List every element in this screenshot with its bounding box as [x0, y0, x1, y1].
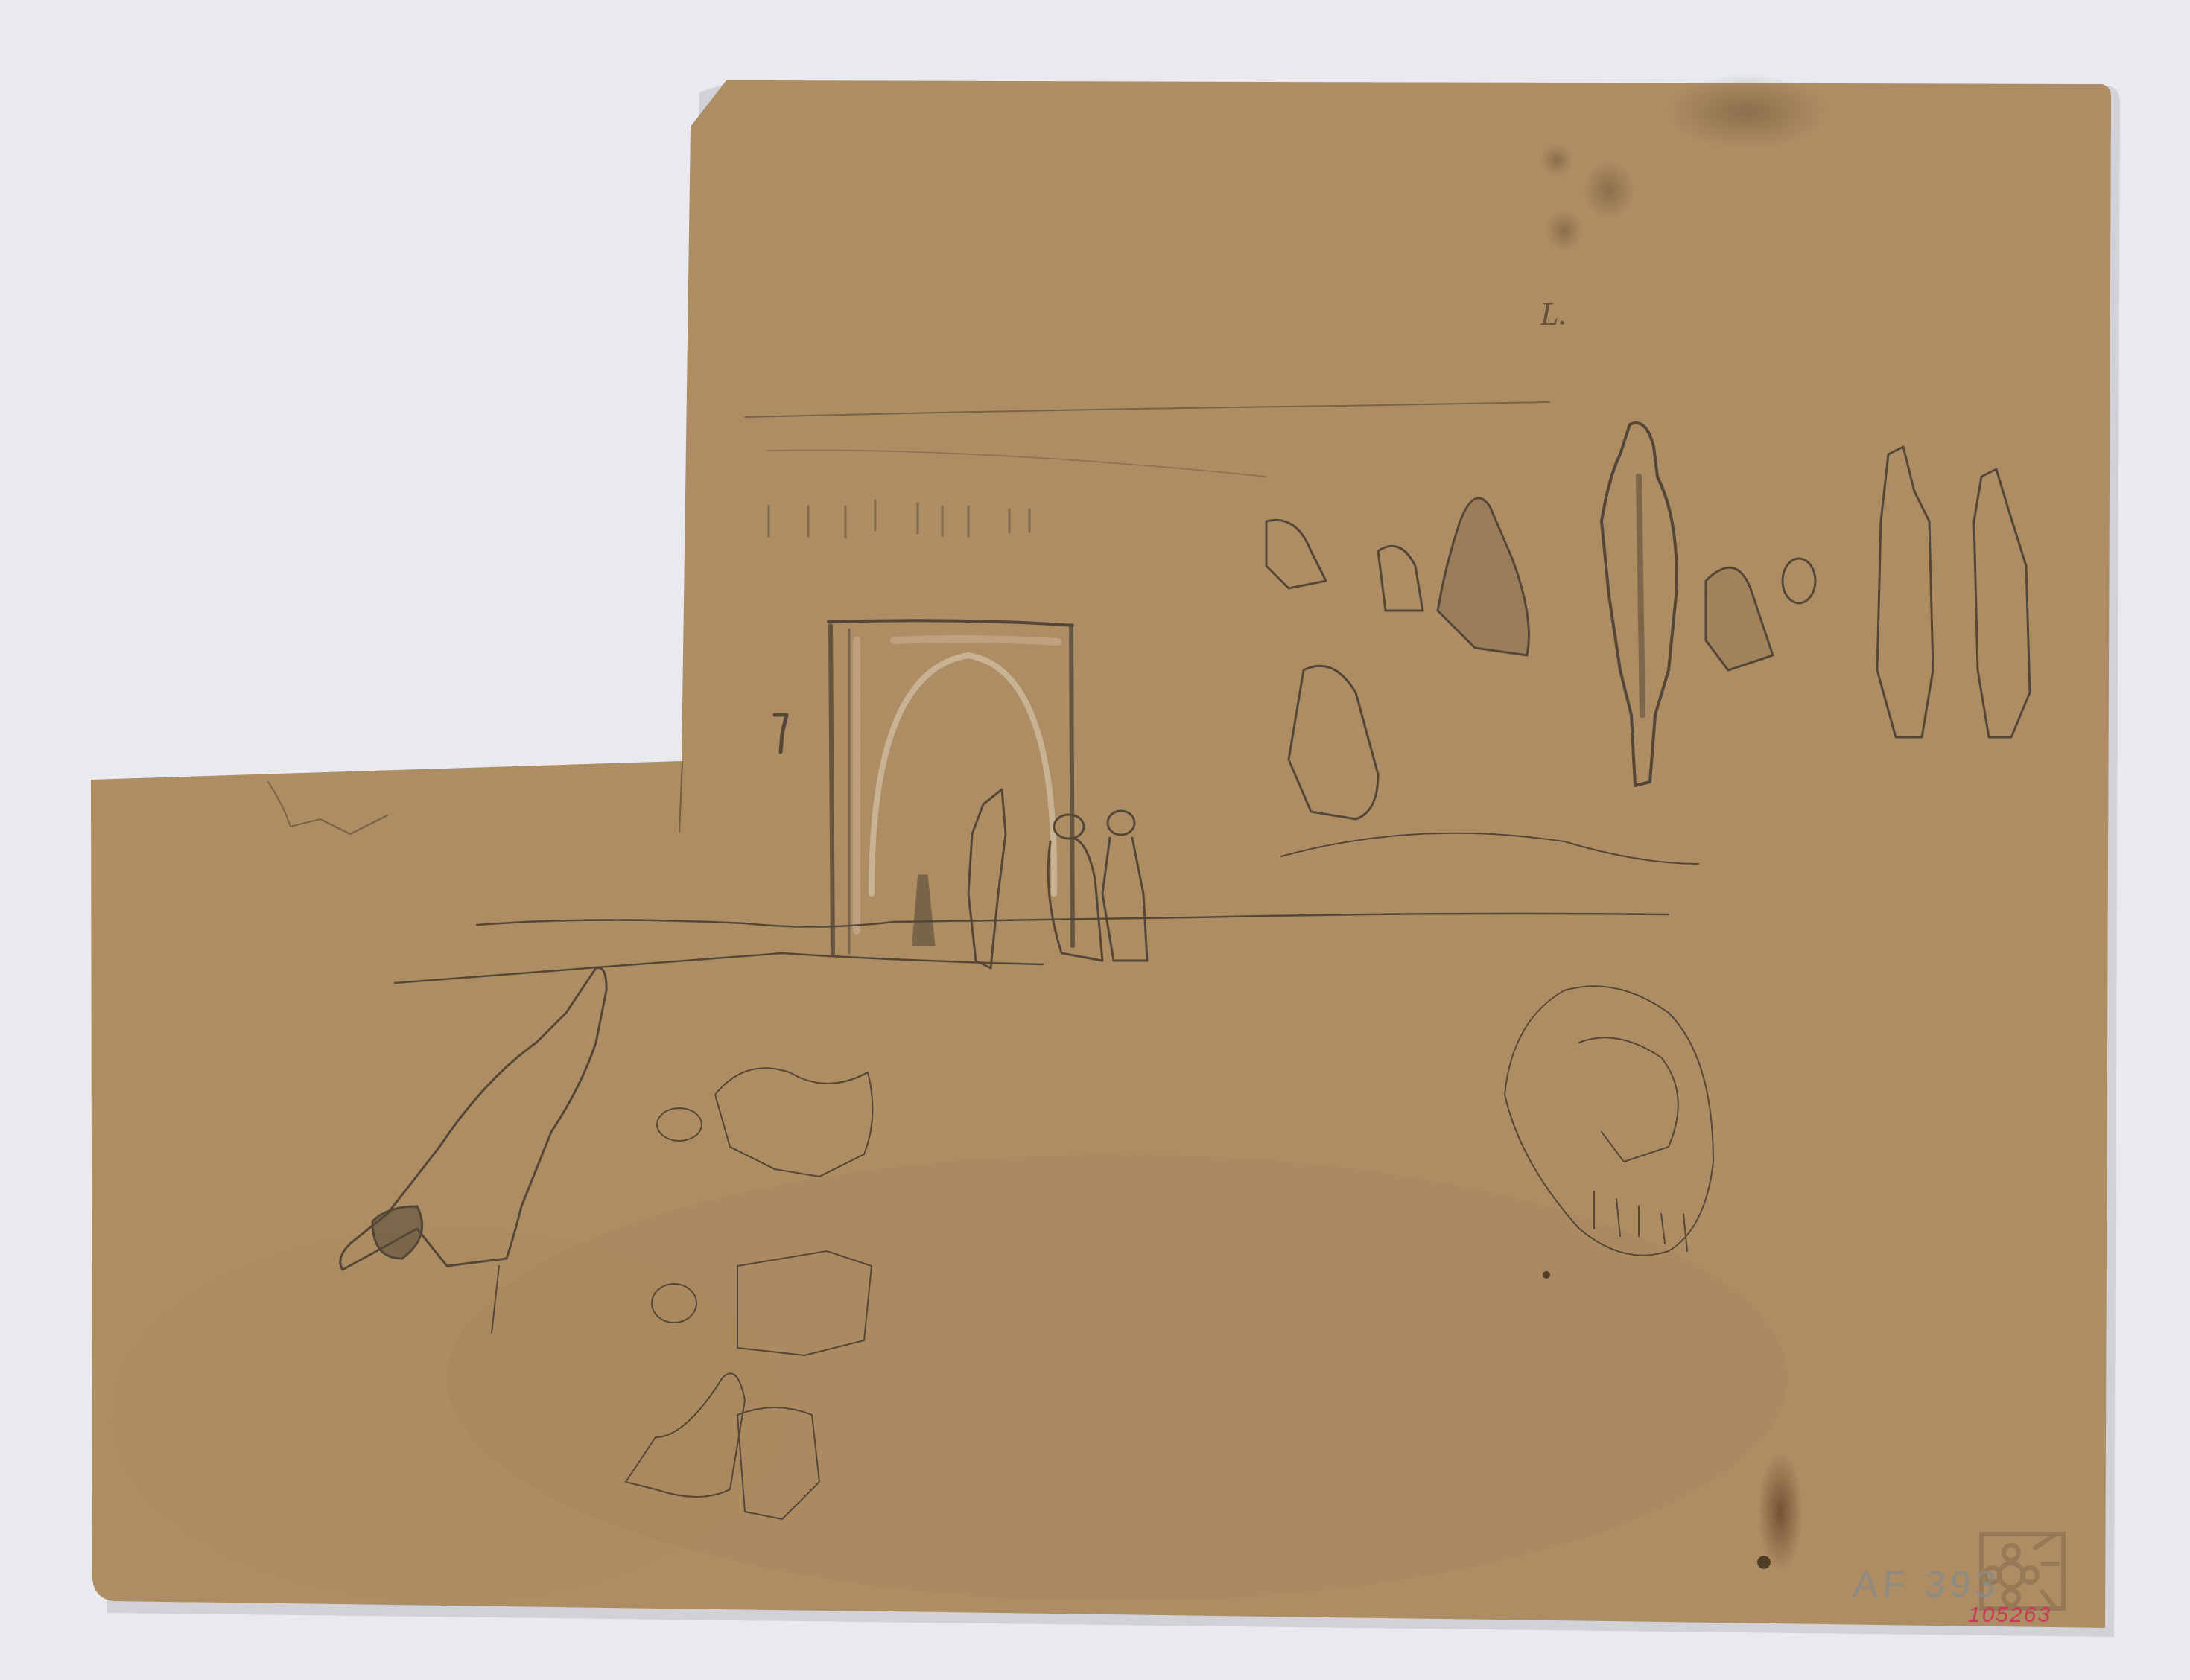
artwork-scan: [0, 0, 2190, 1680]
stain: [1665, 74, 1829, 149]
handwritten-corner-note: L.: [1540, 295, 1567, 333]
inventory-number: AF 393: [1852, 1562, 2002, 1606]
collection-number: 105263: [1968, 1603, 2051, 1628]
